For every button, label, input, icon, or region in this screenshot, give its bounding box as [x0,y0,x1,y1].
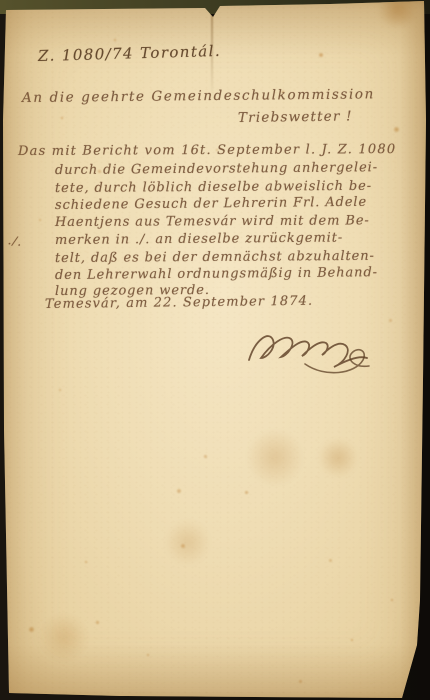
reference-number: Z. 1080/74 Torontál. [38,42,221,65]
scan-background: Z. 1080/74 Torontál. An die geehrte Geme… [0,0,430,700]
foxing-spot [95,620,100,625]
foxing-spot [180,543,186,549]
body-line: merken in ./. an dieselbe zurückgemit- [55,230,343,248]
signature-flourish [235,318,385,388]
salutation-line: An die geehrte Gemeindeschulkommission [22,86,375,106]
foxing-spot [38,218,42,222]
foxing-spot [390,598,394,602]
foxing-spot [298,679,303,684]
foxing-spot [350,638,354,642]
body-line: schiedene Gesuch der Lehrerin Frl. Adele [55,195,367,213]
foxing-spot [84,560,88,564]
foxing-spot [176,488,182,494]
body-line: durch die Gemeindevorstehung anhergelei- [55,160,378,178]
foxing-spot [146,653,150,657]
foxing-spot [328,558,333,563]
foxing-spot [28,626,35,633]
foxing-spot [58,388,62,392]
stain-blotch [160,520,215,565]
stain-blotch [315,438,361,478]
addressee-place: Triebswetter ! [238,108,353,126]
body-line: Haentjens aus Temesvár wird mit dem Be- [55,213,370,230]
body-line: den Lehrerwahl ordnungsmäßig in Behand- [55,265,378,283]
foxing-spot [244,490,249,495]
body-line: telt, daß es bei der demnächst abzuhalte… [55,249,375,266]
foxing-spot [388,318,393,323]
enclosure-margin-mark: ./. [7,233,23,249]
body-line: Das mit Bericht vom 16t. September l. J.… [18,142,396,159]
foxing-spot [318,52,324,58]
stain-blotch [34,615,94,660]
body-line: tete, durch löblich dieselbe abweislich … [55,179,372,196]
foxing-spot [60,116,64,120]
foxing-spot [203,454,208,459]
letter-paper: Z. 1080/74 Torontál. An die geehrte Geme… [0,0,430,700]
stain-blotch [372,0,424,26]
foxing-spot [113,38,117,42]
stain-blotch [240,430,310,485]
foxing-spot [393,126,400,133]
dateline: Temesvár, am 22. September 1874. [45,294,313,312]
